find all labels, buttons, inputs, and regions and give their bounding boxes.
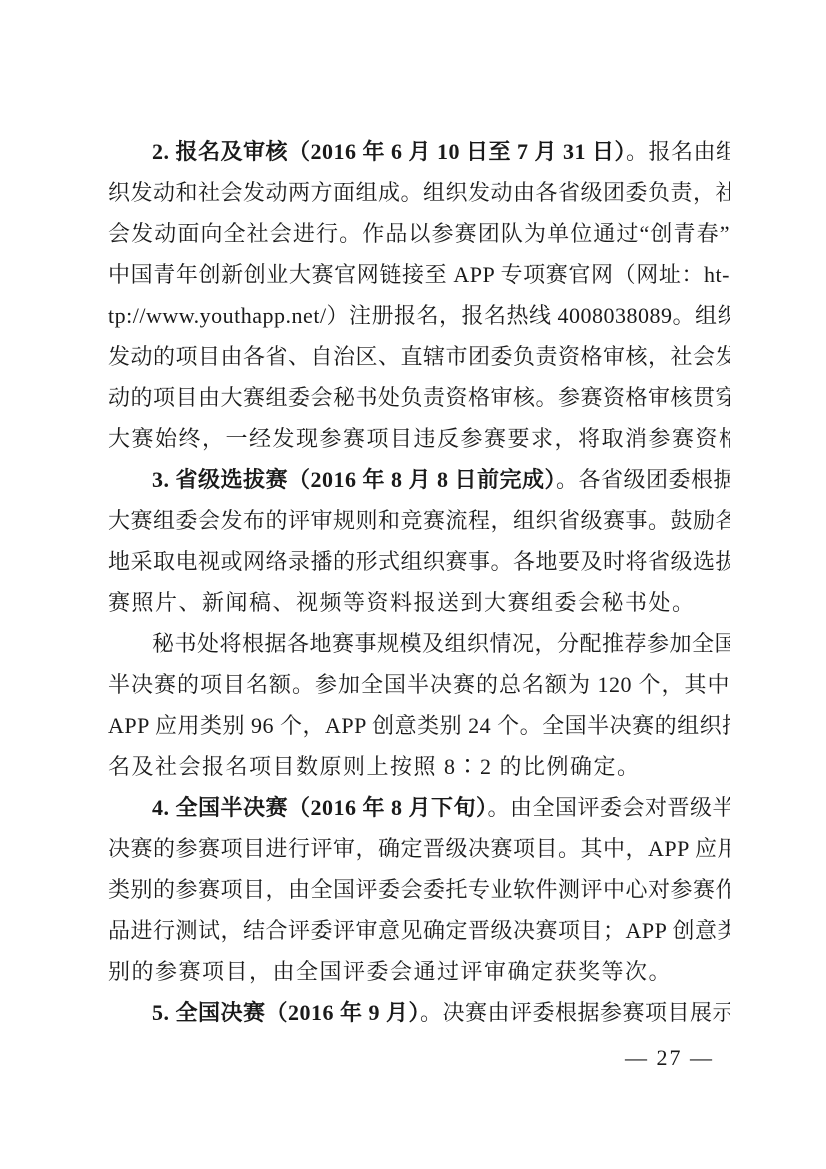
section-3-provincial-selection: 3. 省级选拔赛（2016 年 8 月 8 日前完成）。各省级团委根据大赛组委会… bbox=[108, 459, 730, 623]
section-heading: 3. 省级选拔赛（2016 年 8 月 8 日前完成） bbox=[152, 467, 556, 492]
text-line: APP 应用类别 96 个，APP 创意类别 24 个。全国半决赛的组织报 bbox=[108, 705, 730, 746]
text-line: 2. 报名及审核（2016 年 6 月 10 日至 7 月 31 日）。报名由组 bbox=[108, 131, 730, 172]
quota-allocation: 秘书处将根据各地赛事规模及组织情况，分配推荐参加全国半决赛的项目名额。参加全国半… bbox=[108, 623, 730, 787]
line-text: 大赛始终，一经发现参赛项目违反参赛要求，将取消参赛资格。 bbox=[108, 426, 730, 451]
text-line: 织发动和社会发动两方面组成。组织发动由各省级团委负责，社 bbox=[108, 172, 730, 213]
line-text: 品进行测试，结合评委评审意见确定晋级决赛项目；APP 创意类 bbox=[108, 918, 730, 943]
section-heading: 2. 报名及审核（2016 年 6 月 10 日至 7 月 31 日） bbox=[152, 139, 626, 164]
line-text: 半决赛的项目名额。参加全国半决赛的总名额为 120 个，其中 bbox=[108, 672, 730, 697]
text-line: 中国青年创新创业大赛官网链接至 APP 专项赛官网（网址：ht- bbox=[108, 254, 730, 295]
text-line: 会发动面向全社会进行。作品以参赛团队为单位通过“创青春” bbox=[108, 213, 730, 254]
line-text: 地采取电视或网络录播的形式组织赛事。各地要及时将省级选拔 bbox=[108, 549, 730, 574]
line-text: 类别的参赛项目，由全国评委会委托专业软件测评中心对参赛作 bbox=[108, 877, 730, 902]
text-line: 秘书处将根据各地赛事规模及组织情况，分配推荐参加全国 bbox=[108, 623, 730, 664]
text-line: 4. 全国半决赛（2016 年 8 月下旬）。由全国评委会对晋级半 bbox=[108, 787, 730, 828]
line-text: 别的参赛项目，由全国评委会通过评审确定获奖等次。 bbox=[108, 959, 672, 984]
section-heading: 4. 全国半决赛（2016 年 8 月下旬） bbox=[152, 795, 488, 820]
section-4-national-semifinal: 4. 全国半决赛（2016 年 8 月下旬）。由全国评委会对晋级半决赛的参赛项目… bbox=[108, 787, 730, 992]
page-number: — 27 — bbox=[625, 1042, 714, 1074]
text-line: 名及社会报名项目数原则上按照 8∶2 的比例确定。 bbox=[108, 746, 730, 787]
line-text: 会发动面向全社会进行。作品以参赛团队为单位通过“创青春” bbox=[108, 221, 730, 246]
text-line: 赛照片、新闻稿、视频等资料报送到大赛组委会秘书处。 bbox=[108, 582, 730, 623]
section-heading: 5. 全国决赛（2016 年 9 月） bbox=[152, 1000, 420, 1025]
text-line: 5. 全国决赛（2016 年 9 月）。决赛由评委根据参赛项目展示 bbox=[108, 992, 730, 1033]
line-text: APP 应用类别 96 个，APP 创意类别 24 个。全国半决赛的组织报 bbox=[108, 713, 730, 738]
text-line: 地采取电视或网络录播的形式组织赛事。各地要及时将省级选拔 bbox=[108, 541, 730, 582]
line-text: 秘书处将根据各地赛事规模及组织情况，分配推荐参加全国 bbox=[152, 631, 730, 656]
line-text: 中国青年创新创业大赛官网链接至 APP 专项赛官网（网址：ht- bbox=[108, 262, 730, 287]
text-line: 大赛组委会发布的评审规则和竞赛流程，组织省级赛事。鼓励各 bbox=[108, 500, 730, 541]
text-line: 3. 省级选拔赛（2016 年 8 月 8 日前完成）。各省级团委根据 bbox=[108, 459, 730, 500]
text-line: 半决赛的项目名额。参加全国半决赛的总名额为 120 个，其中 bbox=[108, 664, 730, 705]
line-text: 发动的项目由各省、自治区、直辖市团委负责资格审核，社会发 bbox=[108, 344, 730, 369]
line-text: 。各省级团委根据 bbox=[556, 467, 730, 492]
document-body: 2. 报名及审核（2016 年 6 月 10 日至 7 月 31 日）。报名由组… bbox=[108, 131, 730, 1033]
line-text: 。决赛由评委根据参赛项目展示 bbox=[420, 1000, 730, 1025]
line-text: 。由全国评委会对晋级半 bbox=[488, 795, 730, 820]
text-line: 品进行测试，结合评委评审意见确定晋级决赛项目；APP 创意类 bbox=[108, 910, 730, 951]
text-line: 大赛始终，一经发现参赛项目违反参赛要求，将取消参赛资格。 bbox=[108, 418, 730, 459]
text-line: 动的项目由大赛组委会秘书处负责资格审核。参赛资格审核贯穿 bbox=[108, 377, 730, 418]
document-page: 2. 报名及审核（2016 年 6 月 10 日至 7 月 31 日）。报名由组… bbox=[0, 0, 826, 1169]
text-line: 别的参赛项目，由全国评委会通过评审确定获奖等次。 bbox=[108, 951, 730, 992]
line-text: 赛照片、新闻稿、视频等资料报送到大赛组委会秘书处。 bbox=[108, 590, 696, 615]
line-text: 大赛组委会发布的评审规则和竞赛流程，组织省级赛事。鼓励各 bbox=[108, 508, 730, 533]
line-text: 。报名由组 bbox=[626, 139, 730, 164]
section-5-national-final: 5. 全国决赛（2016 年 9 月）。决赛由评委根据参赛项目展示 bbox=[108, 992, 730, 1033]
text-line: 决赛的参赛项目进行评审，确定晋级决赛项目。其中，APP 应用 bbox=[108, 828, 730, 869]
line-text: tp://www.youthapp.net/）注册报名，报名热线 4008038… bbox=[108, 303, 730, 328]
line-text: 织发动和社会发动两方面组成。组织发动由各省级团委负责，社 bbox=[108, 180, 730, 205]
line-text: 名及社会报名项目数原则上按照 8∶2 的比例确定。 bbox=[108, 754, 641, 779]
line-text: 动的项目由大赛组委会秘书处负责资格审核。参赛资格审核贯穿 bbox=[108, 385, 730, 410]
text-line: tp://www.youthapp.net/）注册报名，报名热线 4008038… bbox=[108, 295, 730, 336]
section-2-registration-and-review: 2. 报名及审核（2016 年 6 月 10 日至 7 月 31 日）。报名由组… bbox=[108, 131, 730, 459]
line-text: 决赛的参赛项目进行评审，确定晋级决赛项目。其中，APP 应用 bbox=[108, 836, 730, 861]
text-line: 发动的项目由各省、自治区、直辖市团委负责资格审核，社会发 bbox=[108, 336, 730, 377]
text-line: 类别的参赛项目，由全国评委会委托专业软件测评中心对参赛作 bbox=[108, 869, 730, 910]
